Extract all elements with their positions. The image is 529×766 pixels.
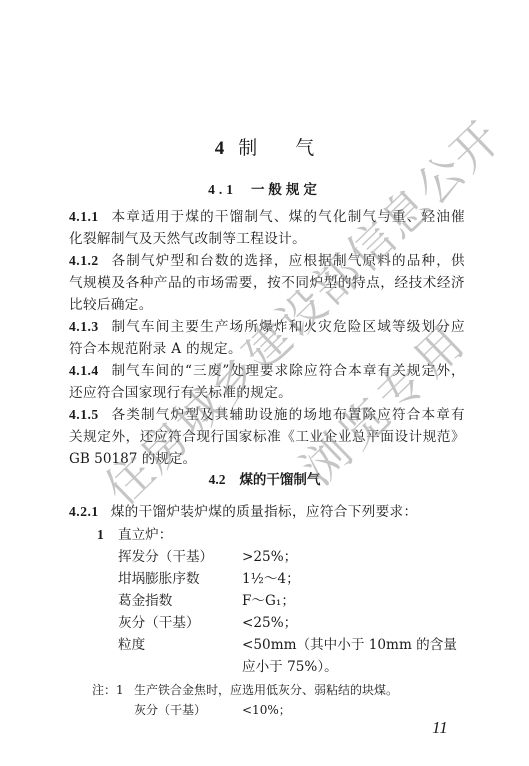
- item-number: 1: [97, 527, 104, 542]
- clause-number: 4.1.3: [69, 319, 99, 334]
- section-title: 一般规定: [251, 182, 321, 198]
- clause-number: 4.1.5: [69, 407, 99, 422]
- section-heading-4-1: 4.1一般规定: [0, 178, 529, 198]
- clause-text: 制气车间主要生产场所爆炸和火灾危险区域等级划分应: [111, 319, 465, 335]
- indicator-value: 1½～4；: [242, 570, 300, 588]
- indicator-value-continued: 应小于 75%）。: [242, 658, 338, 676]
- list-item-label: 直立炉：: [118, 526, 172, 544]
- clause-4-1-1-line-2: 化裂解制气及天然气改制等工程设计。: [69, 230, 465, 248]
- page-number: 11: [432, 718, 448, 738]
- indicator-value: <50mm（其中小于 10mm 的含量: [242, 636, 457, 654]
- note-indicator-value: <10%；: [242, 702, 291, 718]
- chapter-title-part1: 制: [238, 137, 257, 159]
- clause-4-1-5-line-1: 4.1.5各类制气炉型及其辅助设施的场地布置除应符合本章有: [69, 406, 465, 424]
- clause-4-1-3-line-2: 符合本规范附录 A 的规定。: [69, 340, 465, 358]
- document-page: 4制气 4.1一般规定 4.1.1本章适用于煤的干馏制气、煤的气化制气与重、轻油…: [0, 0, 529, 766]
- section-number: 4.1: [208, 182, 237, 197]
- clause-number: 4.1.2: [69, 253, 99, 268]
- chapter-number: 4: [215, 138, 225, 159]
- clause-text: 煤的干馏炉装炉煤的质量指标，应符合下列要求：: [111, 504, 418, 520]
- clause-4-1-5-line-3: GB 50187 的规定。: [69, 450, 465, 468]
- clause-4-1-2-line-2: 气规模及各种产品的市场需要，按不同炉型的特点，经技术经济: [69, 274, 465, 292]
- clause-4-1-5-line-2: 关规定外，还应符合现行国家标准《工业企业总平面设计规范》: [69, 428, 465, 446]
- clause-text: 各类制气炉型及其辅助设施的场地布置除应符合本章有: [111, 407, 465, 423]
- section-number: 4.2: [209, 472, 226, 487]
- indicator-name: 坩埚膨胀序数: [118, 570, 200, 588]
- clause-4-2-1-line-1: 4.2.1煤的干馏炉装炉煤的质量指标，应符合下列要求：: [69, 503, 465, 521]
- indicator-name: 葛金指数: [118, 592, 172, 610]
- clause-4-1-2-line-1: 4.1.2各制气炉型和台数的选择，应根据制气原料的品种，供: [69, 252, 465, 270]
- section-heading-4-2: 4.2煤的干馏制气: [0, 468, 529, 488]
- clause-4-1-4-line-2: 还应符合国家现行有关标准的规定。: [69, 384, 465, 402]
- section-title: 煤的干馏制气: [239, 472, 320, 488]
- clause-number: 4.1.4: [69, 363, 99, 378]
- clause-number: 4.2.1: [69, 504, 99, 519]
- note-indicator-name: 灰分（干基）: [134, 702, 206, 718]
- clause-text: 本章适用于煤的干馏制气、煤的气化制气与重、轻油催: [111, 209, 465, 225]
- note-text: 生产铁合金焦时，应选用低灰分、弱粘结的块煤。: [134, 682, 398, 698]
- indicator-value: <25%；: [242, 614, 297, 632]
- clause-4-1-4-line-1: 4.1.4制气车间的“三废”处理要求除应符合本章有关规定外，: [69, 362, 465, 380]
- clause-text: 各制气炉型和台数的选择，应根据制气原料的品种，供: [111, 253, 465, 269]
- list-item-number: 1: [97, 526, 104, 544]
- clause-number: 4.1.1: [69, 209, 99, 224]
- chapter-title: 4制气: [0, 133, 529, 160]
- clause-text: 制气车间的“三废”处理要求除应符合本章有关规定外，: [111, 363, 465, 379]
- chapter-title-part2: 气: [295, 137, 314, 159]
- indicator-name: 粒度: [118, 636, 145, 654]
- clause-4-1-3-line-1: 4.1.3制气车间主要生产场所爆炸和火灾危险区域等级划分应: [69, 318, 465, 336]
- indicator-value: >25%；: [242, 548, 297, 566]
- indicator-name: 灰分（干基）: [118, 614, 200, 632]
- indicator-name: 挥发分（干基）: [118, 548, 213, 566]
- clause-4-1-2-line-3: 比较后确定。: [69, 296, 465, 314]
- clause-4-1-1-line-1: 4.1.1本章适用于煤的干馏制气、煤的气化制气与重、轻油催: [69, 208, 465, 226]
- note-prefix: 注：1: [92, 682, 124, 698]
- indicator-value: F～G₁；: [242, 592, 295, 610]
